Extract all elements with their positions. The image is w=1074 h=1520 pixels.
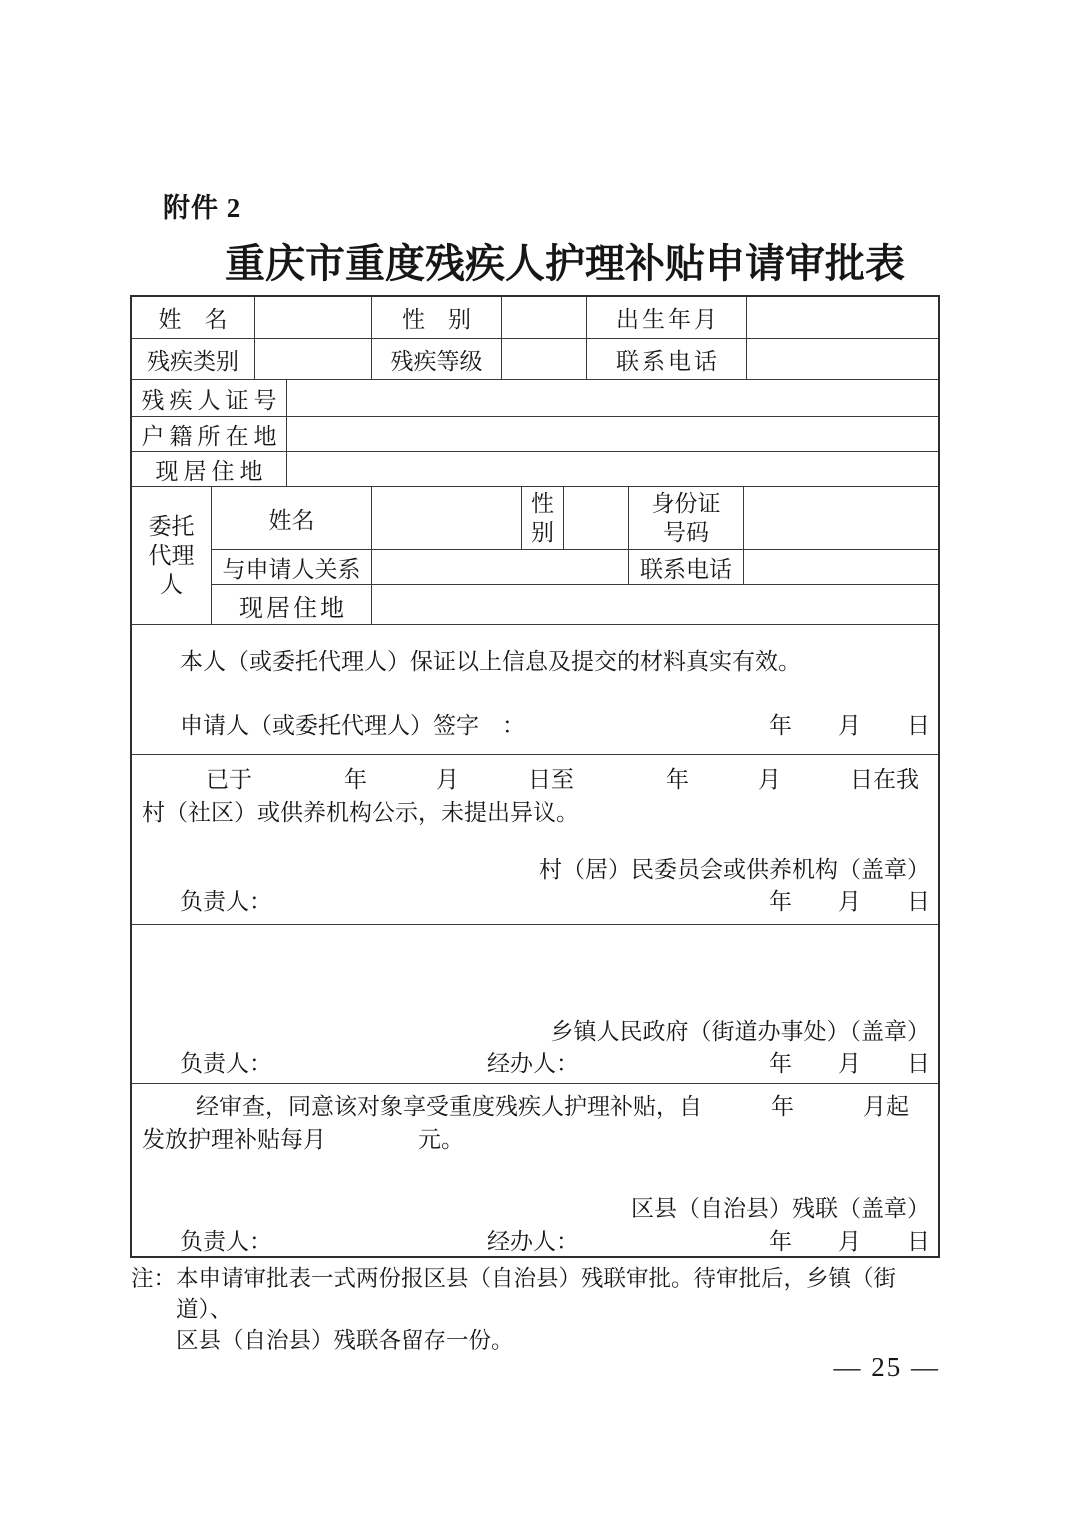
approval-text-line1: 经审查，同意该对象享受重度残疾人护理补贴，自 年 月起: [142, 1090, 928, 1123]
phone-value: [747, 339, 938, 379]
township-date-label: 年 月 日: [769, 1048, 930, 1079]
agent-main: 姓名 性 别 身份证 号码 与申请人关系 联系电话 现居住地: [212, 487, 938, 624]
agent-row-2: 与申请人关系 联系电话: [212, 550, 938, 585]
agent-row-3: 现居住地: [212, 585, 938, 625]
attachment-label: 附件 2: [163, 186, 241, 225]
disability-type-value: [255, 339, 372, 379]
agent-gender-label: 性 别: [522, 487, 564, 549]
declaration-sign-label: 申请人（或委托代理人）签字 ：: [180, 710, 525, 741]
page-number: — 25 —: [130, 1352, 940, 1383]
agent-phone-value: [744, 550, 938, 584]
residence-label: 现居住地: [132, 452, 287, 486]
village-sign-row: 负责人： 年 月 日: [132, 886, 938, 917]
agent-name-value: [372, 487, 522, 549]
row-household: 户籍所在地: [132, 417, 938, 452]
village-section: 已于 年 月 日至 年 月 日在我 村（社区）或供养机构公示，未提出异议。 村（…: [132, 755, 938, 925]
township-sign-row: 负责人： 经办人： 年 月 日: [132, 1048, 938, 1079]
row-cert-no: 残疾人证号: [132, 380, 938, 417]
household-label: 户籍所在地: [132, 417, 287, 451]
agent-row-1: 姓名 性 别 身份证 号码: [212, 487, 938, 550]
declaration-date-label: 年 月 日: [769, 710, 930, 741]
agent-residence-label: 现居住地: [212, 585, 372, 625]
household-value: [287, 417, 938, 451]
village-manager-label: 负责人：: [180, 886, 272, 917]
publicity-text-line2: 村（社区）或供养机构公示，未提出异议。: [142, 796, 928, 829]
name-label: 姓 名: [132, 297, 255, 338]
county-handler-label: 经办人：: [487, 1226, 579, 1257]
agent-gender-value: [564, 487, 629, 549]
publicity-text-line1: 已于 年 月 日至 年 月 日在我: [142, 763, 928, 796]
application-form-table: 姓 名 性 别 出生年月 残疾类别 残疾等级 联系电话 残疾人证号 户籍所在地: [130, 295, 940, 1258]
declaration-statement: 本人（或委托代理人）保证以上信息及提交的材料真实有效。: [132, 625, 938, 678]
disability-level-value: [502, 339, 587, 379]
residence-value: [287, 452, 938, 486]
county-sign-row: 负责人： 经办人： 年 月 日: [132, 1226, 938, 1257]
row-basic-2: 残疾类别 残疾等级 联系电话: [132, 339, 938, 380]
township-handler-label: 经办人：: [487, 1048, 579, 1079]
township-seal-label: 乡镇人民政府（街道办事处）（盖章）: [132, 1017, 938, 1047]
name-value: [255, 297, 372, 338]
village-seal-label: 村（居）民委员会或供养机构（盖章）: [132, 855, 938, 885]
declaration-sign-row: 申请人（或委托代理人）签字 ： 年 月 日: [132, 710, 938, 741]
agent-id-label: 身份证 号码: [629, 487, 744, 549]
township-section: 乡镇人民政府（街道办事处）（盖章） 负责人： 经办人： 年 月 日: [132, 925, 938, 1084]
footnote-body: 本申请审批表一式两份报区县（自治县）残联审批。待审批后，乡镇（街道）、 区县（自…: [176, 1263, 943, 1356]
agent-relation-label: 与申请人关系: [212, 550, 372, 584]
approval-text-line2: 发放护理补贴每月 元。: [142, 1123, 928, 1156]
county-manager-label: 负责人：: [180, 1226, 272, 1257]
county-section: 经审查，同意该对象享受重度残疾人护理补贴，自 年 月起 发放护理补贴每月 元。 …: [132, 1084, 938, 1260]
cert-no-value: [287, 380, 938, 416]
declaration-section: 本人（或委托代理人）保证以上信息及提交的材料真实有效。 申请人（或委托代理人）签…: [132, 625, 938, 755]
agent-phone-label: 联系电话: [629, 550, 744, 584]
agent-relation-value: [372, 550, 629, 584]
agent-residence-value: [372, 585, 938, 625]
disability-type-label: 残疾类别: [132, 339, 255, 379]
village-date-label: 年 月 日: [769, 886, 930, 917]
row-residence: 现居住地: [132, 452, 938, 487]
county-date-label: 年 月 日: [769, 1226, 930, 1257]
footnote-line1: 本申请审批表一式两份报区县（自治县）残联审批。待审批后，乡镇（街道）、: [176, 1263, 943, 1325]
footnote-prefix: 注：: [131, 1263, 176, 1356]
agent-block: 委托 代理 人 姓名 性 别 身份证 号码 与申请人关系 联系电话: [132, 487, 938, 625]
row-basic-1: 姓 名 性 别 出生年月: [132, 297, 938, 339]
cert-no-label: 残疾人证号: [132, 380, 287, 416]
gender-value: [502, 297, 587, 338]
document-page: 附件 2 重庆市重度残疾人护理补贴申请审批表 姓 名 性 别 出生年月 残疾类别…: [0, 0, 1074, 1520]
footnote: 注： 本申请审批表一式两份报区县（自治县）残联审批。待审批后，乡镇（街道）、 区…: [131, 1263, 943, 1356]
gender-label: 性 别: [372, 297, 502, 338]
page-title: 重庆市重度残疾人护理补贴申请审批表: [190, 232, 940, 289]
birth-value: [747, 297, 938, 338]
phone-label: 联系电话: [587, 339, 747, 379]
agent-id-value: [744, 487, 938, 549]
agent-name-label: 姓名: [212, 487, 372, 549]
birth-label: 出生年月: [587, 297, 747, 338]
agent-group-label: 委托 代理 人: [132, 487, 212, 624]
township-manager-label: 负责人：: [180, 1048, 272, 1079]
county-seal-label: 区县（自治县）残联（盖章）: [132, 1194, 938, 1224]
disability-level-label: 残疾等级: [372, 339, 502, 379]
